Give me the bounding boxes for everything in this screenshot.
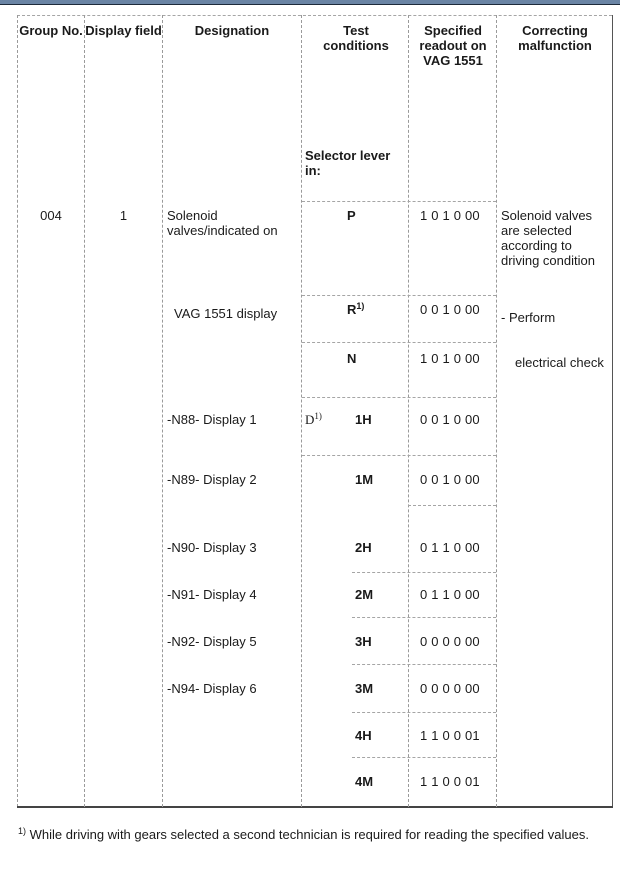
row-readout: 0 0 0 0 00 xyxy=(420,681,480,696)
designation-main: Solenoid valves/indicated on xyxy=(167,208,299,238)
row-selector-position: N xyxy=(347,351,356,366)
row-divider xyxy=(352,617,496,618)
table-top-border xyxy=(17,15,612,16)
row-divider xyxy=(408,505,496,506)
row-selector-position: P xyxy=(347,208,356,223)
row-readout: 1 1 0 0 01 xyxy=(420,728,480,743)
row-readout: 0 1 1 0 00 xyxy=(420,587,480,602)
row-readout: 0 0 1 0 00 xyxy=(420,302,480,317)
row-divider xyxy=(302,342,496,343)
row-designation: -N91- Display 4 xyxy=(167,587,299,602)
row-designation: -N92- Display 5 xyxy=(167,634,299,649)
footnote: 1) While driving with gears selected a s… xyxy=(18,827,608,843)
table-right-border xyxy=(612,15,613,807)
group-number: 004 xyxy=(18,208,84,223)
row-selector-position: 3H xyxy=(355,634,372,649)
row-readout: 0 0 1 0 00 xyxy=(420,472,480,487)
row-selector-position: 1H xyxy=(355,412,372,427)
row-readout: 0 0 1 0 00 xyxy=(420,412,480,427)
row-selector-position: 2H xyxy=(355,540,372,555)
row-divider xyxy=(352,712,496,713)
column-divider xyxy=(301,15,302,807)
row-readout: 1 0 1 0 00 xyxy=(420,351,480,366)
correcting-note-1: Solenoid valves are selected according t… xyxy=(501,208,611,268)
header-display-field: Display field xyxy=(85,23,162,38)
row-readout: 0 0 0 0 00 xyxy=(420,634,480,649)
row-selector-position: 4H xyxy=(355,728,372,743)
drive-position-label: D1) xyxy=(305,412,322,427)
row-divider xyxy=(302,397,496,398)
header-designation: Designation xyxy=(163,23,301,38)
window-top-bar xyxy=(0,0,620,5)
row-divider xyxy=(352,757,496,758)
header-correcting-malfunction: Correcting malfunction xyxy=(500,23,610,53)
row-divider xyxy=(302,201,496,202)
row-selector-position: R1) xyxy=(347,302,364,317)
row-readout: 1 0 1 0 00 xyxy=(420,208,480,223)
row-selector-position: 4M xyxy=(355,774,373,789)
header-group-no: Group No. xyxy=(18,23,84,38)
column-divider xyxy=(84,15,85,807)
designation-sub: VAG 1551 display xyxy=(174,306,300,321)
table-bottom-border xyxy=(17,806,613,808)
table-left-border xyxy=(17,15,18,807)
header-test-conditions: Test conditions xyxy=(318,23,394,53)
correcting-note-3: electrical check xyxy=(515,355,605,370)
correcting-note-2: - Perform xyxy=(501,310,611,325)
row-designation: -N90- Display 3 xyxy=(167,540,299,555)
column-divider xyxy=(408,15,409,807)
row-designation: -N94- Display 6 xyxy=(167,681,299,696)
row-selector-position: 1M xyxy=(355,472,373,487)
display-field-number: 1 xyxy=(85,208,162,223)
column-divider xyxy=(162,15,163,807)
footnote-text: While driving with gears selected a seco… xyxy=(30,827,589,842)
row-divider xyxy=(302,295,496,296)
row-readout: 1 1 0 0 01 xyxy=(420,774,480,789)
row-divider xyxy=(352,664,496,665)
selector-lever-label: Selector lever in: xyxy=(305,148,401,178)
row-designation: -N89- Display 2 xyxy=(167,472,299,487)
row-selector-position: 3M xyxy=(355,681,373,696)
header-specified-readout: Specified readout on VAG 1551 xyxy=(412,23,494,68)
footnote-mark: 1) xyxy=(18,826,26,836)
row-divider xyxy=(352,572,496,573)
row-selector-position: 2M xyxy=(355,587,373,602)
row-readout: 0 1 1 0 00 xyxy=(420,540,480,555)
row-divider xyxy=(302,455,496,456)
column-divider xyxy=(496,15,497,807)
row-designation: -N88- Display 1 xyxy=(167,412,299,427)
